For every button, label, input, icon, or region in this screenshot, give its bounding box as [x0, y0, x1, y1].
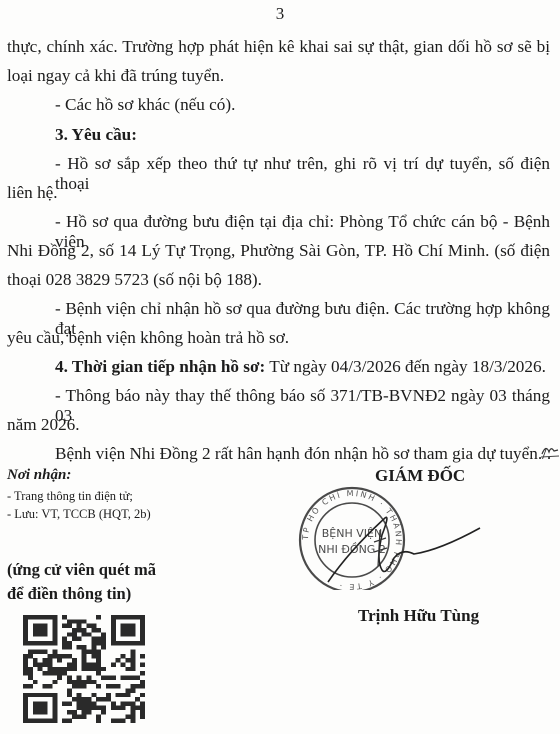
signer-name: Trịnh Hữu Tùng: [358, 606, 479, 626]
qr-caption-line: (ứng cử viên quét mã: [7, 560, 156, 580]
qr-caption-line: để điền thông tin): [7, 584, 131, 604]
closing-line: Bệnh viện Nhi Đồng 2 rất hân hạnh đón nh…: [55, 444, 560, 464]
paragraph-line: liên hệ.: [7, 183, 550, 203]
qr-code[interactable]: [23, 615, 145, 723]
recipient-item: - Lưu: VT, TCCB (HQT, 2b): [7, 506, 151, 522]
recipient-item: - Trang thông tin điện tử;: [7, 488, 133, 504]
paragraph-line: năm 2026.: [7, 415, 550, 435]
paragraph-line: Nhi Đồng 2, số 14 Lý Tự Trọng, Phường Sà…: [7, 241, 550, 261]
recipients-title: Nơi nhận:: [7, 467, 71, 484]
paragraph-line: thực, chính xác. Trường hợp phát hiện kê…: [7, 37, 550, 57]
list-item: - Các hồ sơ khác (nếu có).: [55, 95, 560, 115]
paragraph-line: loại ngay cả khi đã trúng tuyển.: [7, 66, 550, 86]
section-heading-receiving-time: 4. Thời gian tiếp nhận hồ sơ:: [55, 357, 265, 376]
paragraph-line: yêu cầu, bệnh viện không hoàn trả hồ sơ.: [7, 328, 550, 348]
page-number: 3: [0, 4, 560, 24]
section-receiving-time: 4. Thời gian tiếp nhận hồ sơ: Từ ngày 04…: [55, 357, 560, 377]
initial-mark-icon: [540, 440, 560, 460]
receiving-time-text: Từ ngày 04/3/2026 đến ngày 18/3/2026.: [265, 357, 546, 376]
stamp-line: NHI ĐỒNG 2: [318, 542, 386, 556]
paragraph-line: thoại 028 3829 5723 (số nội bộ 188).: [7, 270, 550, 290]
section-heading-requirements: 3. Yêu cầu:: [55, 125, 560, 145]
official-stamp: TP HỒ CHÍ MINH · THÀNH PHỐ · Y TẾ · BỆNH…: [290, 480, 490, 590]
